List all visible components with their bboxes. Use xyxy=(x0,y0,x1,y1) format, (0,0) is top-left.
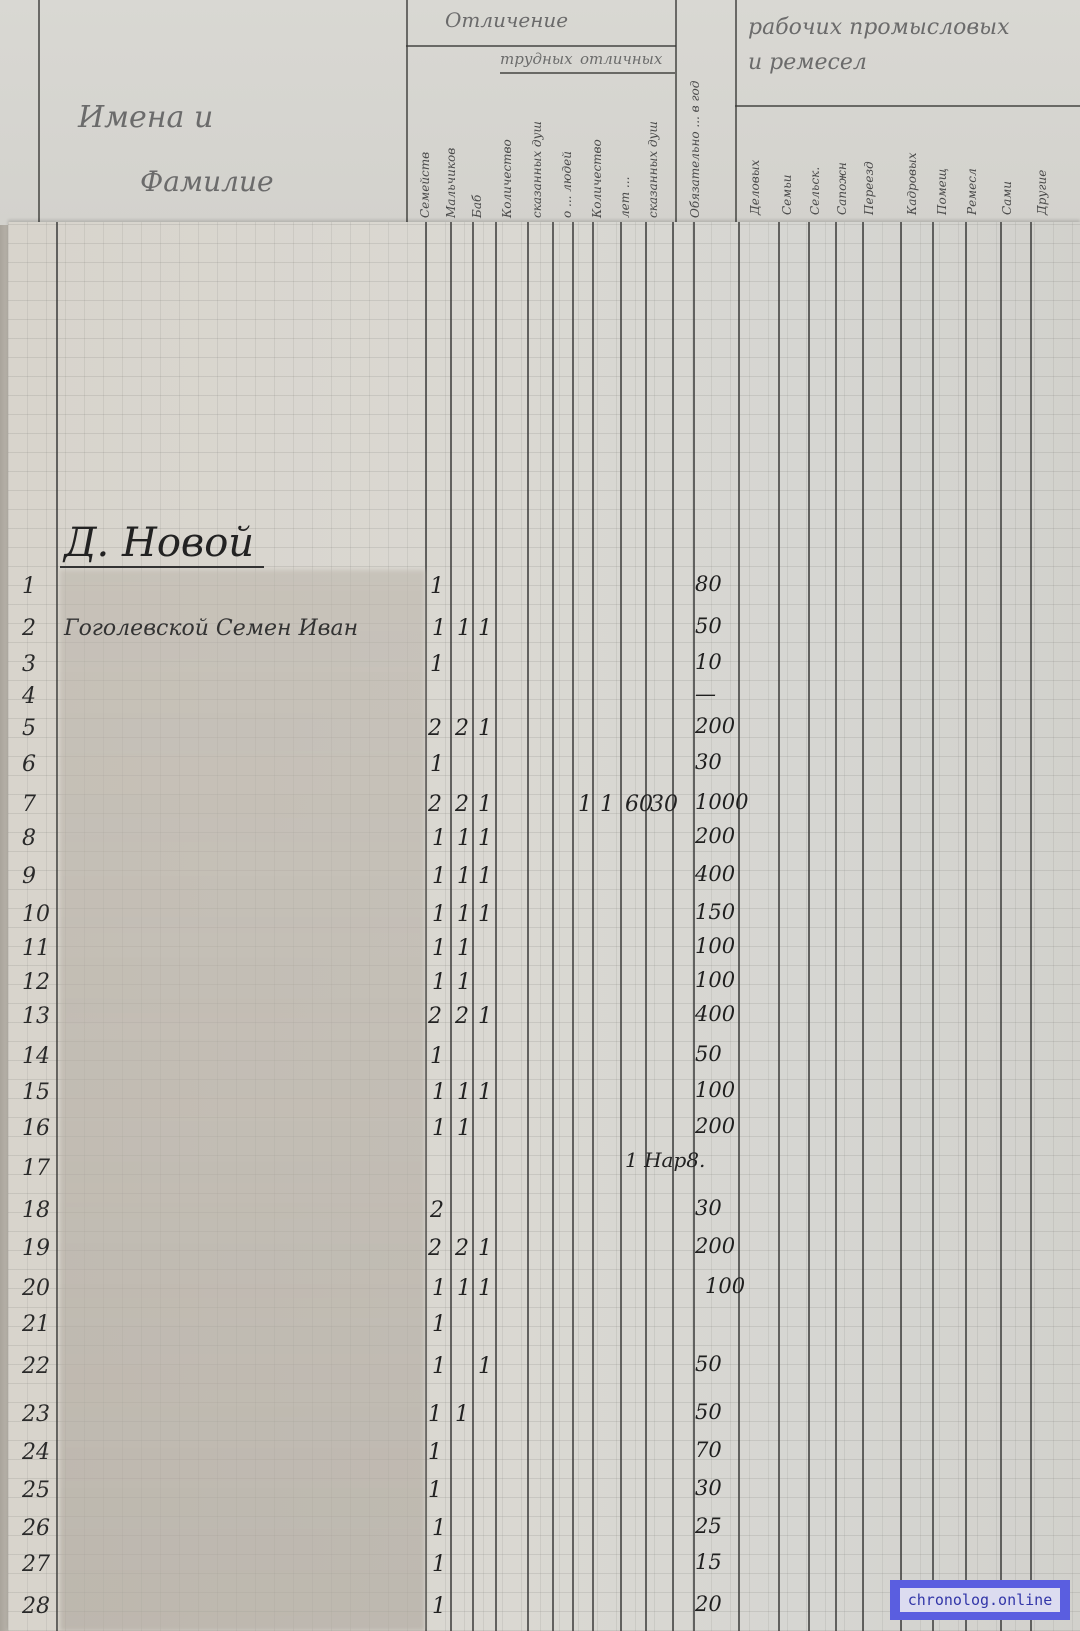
header-name-line2: Фамилие xyxy=(140,165,274,198)
table-row: 23 1 1 50 xyxy=(0,1398,1080,1434)
cell: 1 xyxy=(432,1116,446,1141)
header-group2-title-line2: и ремесел xyxy=(748,50,867,75)
table-row: 6 1 30 xyxy=(0,748,1080,784)
row-number: 28 xyxy=(22,1594,62,1619)
cell: 1 xyxy=(432,826,446,851)
vheader: сказанных душ xyxy=(646,90,660,218)
vheader: Семьи xyxy=(780,115,794,215)
cell: 1 xyxy=(478,716,492,741)
row-total: 15 xyxy=(695,1550,722,1574)
cell: 1 xyxy=(432,1312,446,1337)
cell: 1 xyxy=(457,936,471,961)
row-total: 200 xyxy=(695,714,735,738)
row-total: 400 xyxy=(695,862,735,886)
table-row: 16 1 1 200 xyxy=(0,1112,1080,1148)
header-divider xyxy=(38,0,40,225)
cell: 1 xyxy=(478,1276,492,1301)
header-rule xyxy=(406,45,676,47)
margin-note: 1 Нар8. xyxy=(625,1148,705,1172)
vheader: Ремесл xyxy=(965,115,979,215)
row-number: 21 xyxy=(22,1312,62,1337)
header-sheet: Имена и Фамилие Отличение трудных отличн… xyxy=(0,0,1080,225)
table-row: 26 1 25 xyxy=(0,1512,1080,1548)
row-total: 10 xyxy=(695,650,722,674)
vheader: Кадровых xyxy=(905,115,919,215)
row-total: 50 xyxy=(695,1352,722,1376)
row-number: 2 xyxy=(22,616,62,641)
table-row: 15 1 1 1 100 xyxy=(0,1076,1080,1112)
cell: 1 xyxy=(432,1080,446,1105)
vheader-payment: Обязательно ... в год xyxy=(688,60,702,218)
row-number: 9 xyxy=(22,864,62,889)
vheader: сказанных душ xyxy=(530,90,544,218)
row-number: 1 xyxy=(22,574,62,599)
cell: 2 xyxy=(455,716,469,741)
row-number: 8 xyxy=(22,826,62,851)
row-number: 10 xyxy=(22,902,62,927)
row-number: 7 xyxy=(22,792,62,817)
table-row: 9 1 1 1 400 xyxy=(0,860,1080,896)
cell: 1 xyxy=(457,616,471,641)
cell: 1 xyxy=(478,1236,492,1261)
row-number: 15 xyxy=(22,1080,62,1105)
vheader: Сапожн xyxy=(835,115,849,215)
table-row: 5 2 2 1 200 xyxy=(0,712,1080,748)
vheader: Количество xyxy=(500,90,514,218)
row-total: — xyxy=(695,682,716,706)
vheader: Баб xyxy=(470,130,484,218)
table-row: 1 1 80 xyxy=(0,570,1080,606)
vheader: Сами xyxy=(1000,115,1014,215)
header-divider xyxy=(406,0,408,225)
cell: 1 xyxy=(600,792,614,817)
cell: 1 xyxy=(478,864,492,889)
cell: 1 xyxy=(430,652,444,677)
table-row: 18 2 30 xyxy=(0,1194,1080,1230)
vheader: Деловых xyxy=(748,115,762,215)
cell: 1 xyxy=(457,1276,471,1301)
row-number: 22 xyxy=(22,1354,62,1379)
table-row: 19 2 2 1 200 xyxy=(0,1232,1080,1268)
cell: 1 xyxy=(432,970,446,995)
cell: 2 xyxy=(455,1236,469,1261)
cell: 2 xyxy=(455,792,469,817)
table-row: 11 1 1 100 xyxy=(0,932,1080,968)
table-row: 14 1 50 xyxy=(0,1040,1080,1076)
row-number: 20 xyxy=(22,1276,62,1301)
row-number: 27 xyxy=(22,1552,62,1577)
vheader: о ... людей xyxy=(560,90,574,218)
cell: 1 xyxy=(432,864,446,889)
cell: 1 xyxy=(457,970,471,995)
row-total: 50 xyxy=(695,1400,722,1424)
row-total: 20 xyxy=(695,1592,722,1616)
row-number: 26 xyxy=(22,1516,62,1541)
row-total: 400 xyxy=(695,1002,735,1026)
cell: 1 xyxy=(457,1116,471,1141)
cell: 1 xyxy=(432,1552,446,1577)
row-total: 100 xyxy=(695,934,735,958)
row-name: Гоголевской Семен Иван xyxy=(64,616,358,641)
table-row: 20 1 1 1 100 xyxy=(0,1272,1080,1308)
row-number: 11 xyxy=(22,936,62,961)
row-total: 80 xyxy=(695,572,722,596)
row-total: 200 xyxy=(695,824,735,848)
row-number: 13 xyxy=(22,1004,62,1029)
row-total: 100 xyxy=(705,1274,745,1298)
cell: 1 xyxy=(430,1044,444,1069)
vheader: лет ... xyxy=(618,90,632,218)
row-number: 19 xyxy=(22,1236,62,1261)
vheader: Количество xyxy=(590,90,604,218)
row-total: 50 xyxy=(695,614,722,638)
cell: 1 xyxy=(432,1516,446,1541)
cell: 1 xyxy=(432,1354,446,1379)
cell: 1 xyxy=(478,1354,492,1379)
row-number: 4 xyxy=(22,684,62,709)
header-name-line1: Имена и xyxy=(78,100,213,135)
header-subgroup-2: отличных xyxy=(580,50,662,68)
row-number: 6 xyxy=(22,752,62,777)
table-row: 25 1 30 xyxy=(0,1474,1080,1510)
cell: 2 xyxy=(428,1004,442,1029)
table-row: 27 1 15 xyxy=(0,1548,1080,1584)
cell: 1 xyxy=(432,1594,446,1619)
cell: 60 xyxy=(625,792,653,817)
row-total: 30 xyxy=(695,1196,722,1220)
cell: 2 xyxy=(428,716,442,741)
row-total: 25 xyxy=(695,1514,722,1538)
header-subgroup-1: трудных xyxy=(500,50,573,68)
vheader: Сельск. xyxy=(808,115,822,215)
cell: 1 xyxy=(457,1080,471,1105)
cell: 1 xyxy=(478,1004,492,1029)
vheader: Семейств xyxy=(418,100,432,218)
cell: 1 xyxy=(478,826,492,851)
table-row: 13 2 2 1 400 xyxy=(0,1000,1080,1036)
table-row: 8 1 1 1 200 xyxy=(0,822,1080,858)
row-total: 30 xyxy=(695,750,722,774)
cell: 1 xyxy=(478,902,492,927)
row-number: 14 xyxy=(22,1044,62,1069)
row-number: 16 xyxy=(22,1116,62,1141)
cell: 2 xyxy=(428,792,442,817)
table-row: 7 2 2 1 1 1 60 30 1000 xyxy=(0,788,1080,824)
table-row: 10 1 1 1 150 xyxy=(0,898,1080,934)
row-number: 12 xyxy=(22,970,62,995)
cell: 1 xyxy=(428,1478,442,1503)
cell: 1 xyxy=(457,826,471,851)
cell: 1 xyxy=(457,864,471,889)
row-number: 25 xyxy=(22,1478,62,1503)
cell: 1 xyxy=(430,752,444,777)
cell: 1 xyxy=(478,616,492,641)
cell: 1 xyxy=(432,616,446,641)
table-row: 21 1 xyxy=(0,1308,1080,1344)
cell: 2 xyxy=(455,1004,469,1029)
row-total: 200 xyxy=(695,1114,735,1138)
row-total: 70 xyxy=(695,1438,722,1462)
cell: 1 xyxy=(457,902,471,927)
cell: 2 xyxy=(428,1236,442,1261)
cell: 1 xyxy=(430,574,444,599)
vheader: Помещ xyxy=(935,115,949,215)
table-row: 12 1 1 100 xyxy=(0,966,1080,1002)
header-divider xyxy=(735,0,737,225)
row-number: 23 xyxy=(22,1402,62,1427)
row-total: 100 xyxy=(695,1078,735,1102)
cell: 1 xyxy=(455,1402,469,1427)
header-divider xyxy=(675,0,677,225)
row-total: 30 xyxy=(695,1476,722,1500)
header-rule xyxy=(500,72,675,74)
table-row: 2 Гоголевской Семен Иван 1 1 1 50 xyxy=(0,612,1080,648)
watermark-text: chronolog.online xyxy=(900,1588,1060,1612)
header-rule xyxy=(735,105,1080,107)
vheader: Переезд xyxy=(862,115,876,215)
row-number: 24 xyxy=(22,1440,62,1465)
row-total: 1000 xyxy=(695,790,748,814)
header-group2-title-line1: рабочих промысловых xyxy=(748,15,1010,40)
vheader: Другие xyxy=(1035,115,1049,215)
watermark-badge: chronolog.online xyxy=(890,1580,1070,1620)
table-row: 17 xyxy=(0,1152,1080,1188)
row-number: 5 xyxy=(22,716,62,741)
row-number: 17 xyxy=(22,1156,62,1181)
cell: 1 xyxy=(428,1440,442,1465)
row-number: 18 xyxy=(22,1198,62,1223)
row-total: 50 xyxy=(695,1042,722,1066)
header-group1-title: Отличение xyxy=(445,8,568,32)
cell: 1 xyxy=(478,1080,492,1105)
cell: 1 xyxy=(478,792,492,817)
row-total: 100 xyxy=(695,968,735,992)
village-heading: Д. Новой xyxy=(60,520,264,568)
table-row: 24 1 70 xyxy=(0,1436,1080,1472)
row-total: 150 xyxy=(695,900,735,924)
vheader: Мальчиков xyxy=(444,100,458,218)
row-number: 3 xyxy=(22,652,62,677)
cell: 1 xyxy=(432,1276,446,1301)
cell: 1 xyxy=(578,792,592,817)
table-row: 4 — xyxy=(0,680,1080,716)
cell: 1 xyxy=(432,902,446,927)
table-row: 22 1 1 50 xyxy=(0,1350,1080,1386)
cell: 2 xyxy=(430,1198,444,1223)
cell: 30 xyxy=(650,792,678,817)
row-total: 200 xyxy=(695,1234,735,1258)
table-row: 3 1 10 xyxy=(0,648,1080,684)
cell: 1 xyxy=(428,1402,442,1427)
cell: 1 xyxy=(432,936,446,961)
